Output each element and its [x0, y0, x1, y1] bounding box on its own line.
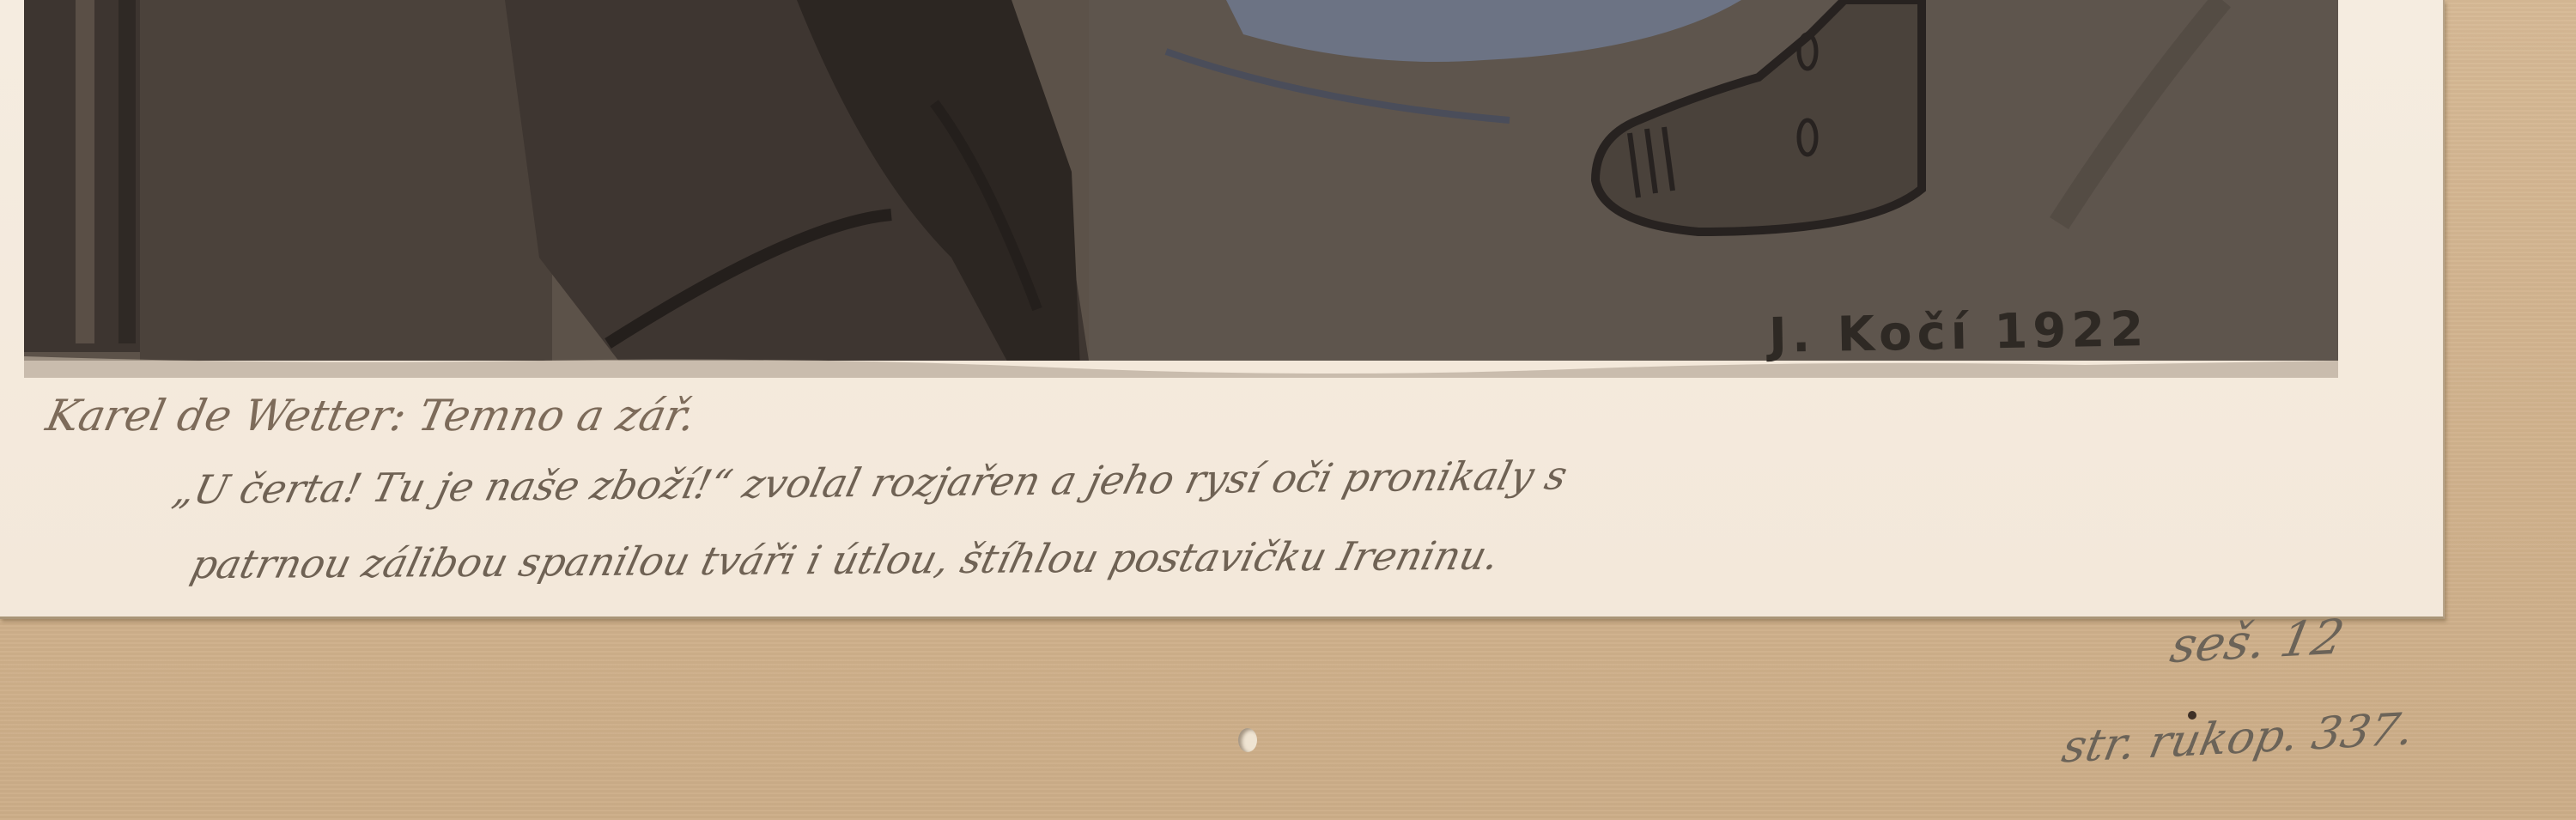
pencil-note-page: str. rukop. 337. [2058, 703, 2419, 773]
caption-quote-line-1: „U čerta! Tu je naše zboží!“ zvolal rozj… [168, 453, 1571, 513]
cardboard-mount: J. Kočí 1922 Karel de Wetter: Temno a zá… [0, 0, 2576, 820]
mount-pinhole [2188, 711, 2196, 720]
caption-title: Karel de Wetter: Temno a zář. [42, 391, 701, 440]
caption-quote-line-2: patrnou zálibou spanilou tváři i útlou, … [186, 532, 1504, 588]
artwork-sheet: J. Kočí 1922 Karel de Wetter: Temno a zá… [0, 0, 2445, 619]
pencil-note-fascicle: seš. 12 [2166, 610, 2348, 674]
artist-signature: J. Kočí 1922 [1768, 301, 2148, 364]
mount-damage-hole [1238, 728, 1257, 752]
